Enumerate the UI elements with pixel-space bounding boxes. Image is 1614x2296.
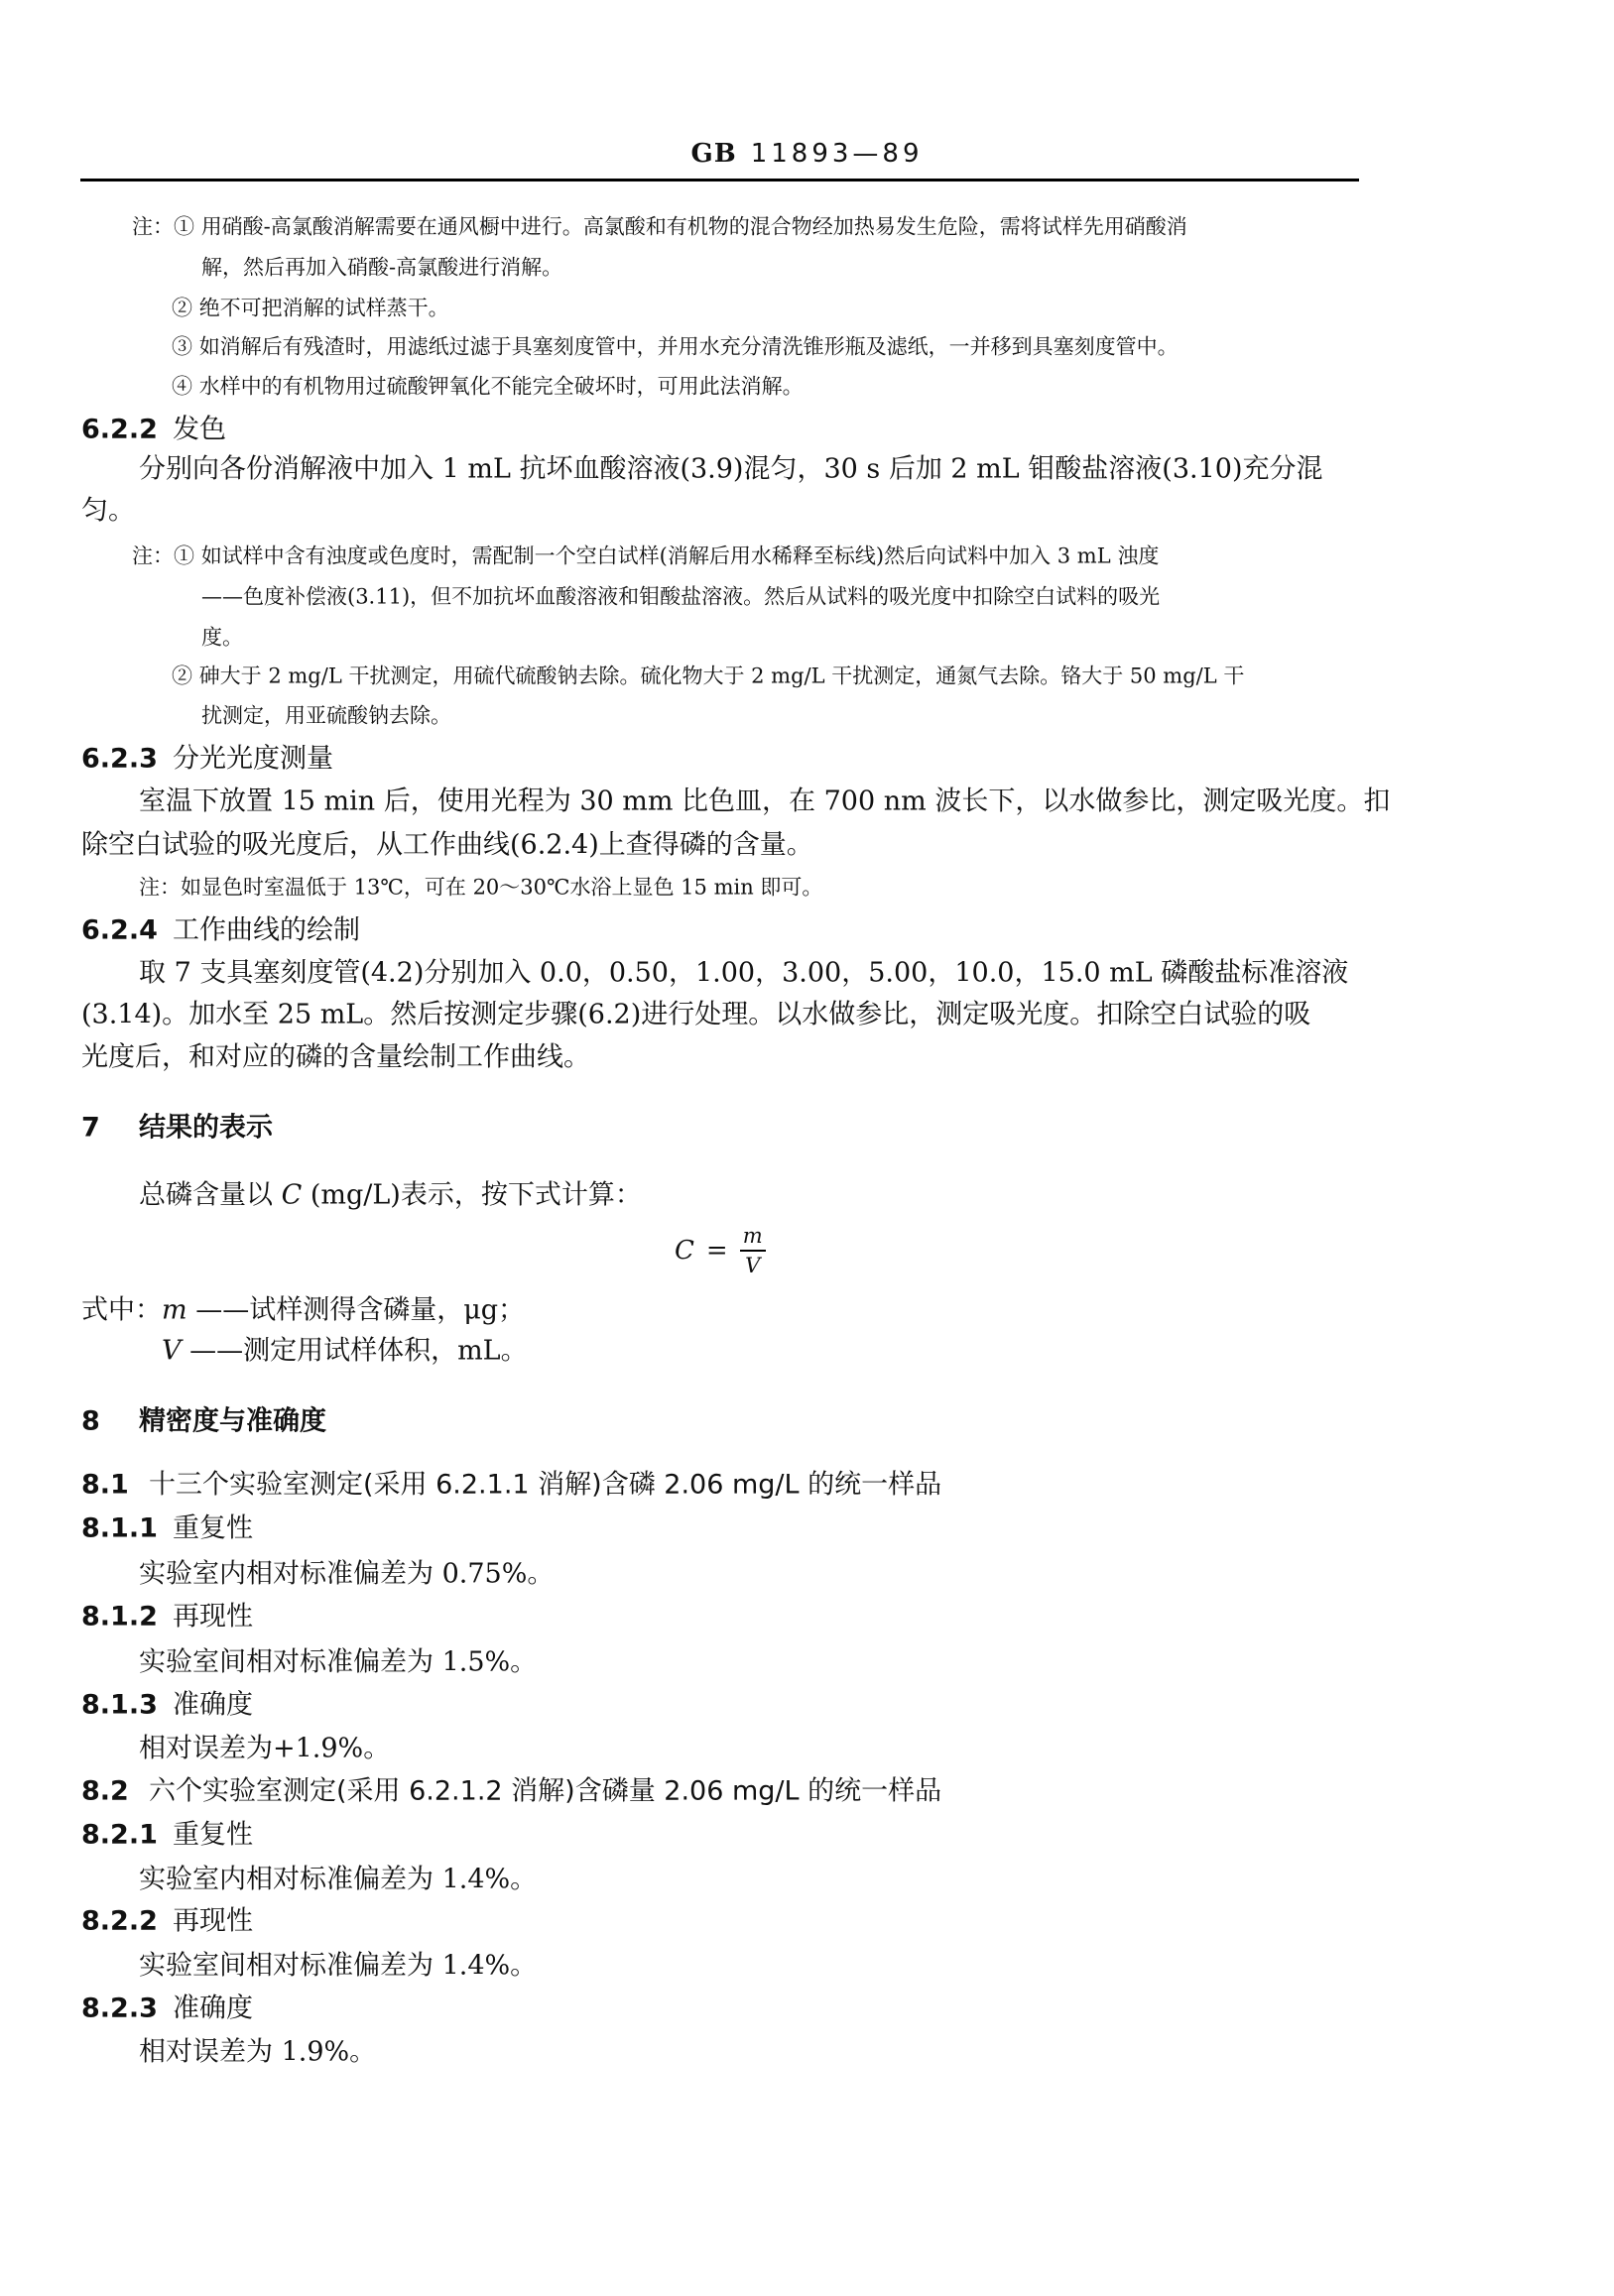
fraction-bar (740, 1250, 766, 1252)
note-text: 水样中的有机物用过硫酸钾氧化不能完全破坏时，可用此法消解。 (199, 375, 804, 399)
paragraph-8-2-1: 实验室内相对标准偏差为 1.4%。 (139, 1867, 537, 1893)
paragraph-6-2-3-line-1: 室温下放置 15 min 后，使用光程为 30 mm 比色皿，在 700 nm … (139, 788, 1390, 815)
section-heading-6-2-4: 6.2.4工作曲线的绘制 (81, 917, 360, 944)
note-text: 用硝酸-高氯酸消解需要在通风橱中进行。高氯酸和有机物的混合物经加热易发生危险，需… (201, 215, 1187, 239)
note-mark: ② (172, 297, 192, 320)
note-622-1: 注：① 如试样中含有浊度或色度时，需配制一个空白试样(消解后用水稀释至标线)然后… (132, 546, 1159, 567)
section-title: 分光光度测量 (173, 744, 333, 775)
page-header: GB11893—89 (0, 139, 1614, 169)
note-622-1-cont2: 度。 (201, 628, 243, 649)
definition-v: V ——测定用试样体积，mL。 (162, 1338, 528, 1365)
note-mark: ① (174, 544, 194, 568)
section-number: 8.2 (81, 1778, 149, 1805)
note-label: 注： (132, 215, 174, 239)
note-mark: ③ (172, 335, 192, 359)
paragraph-6-2-4-line-1: 取 7 支具塞刻度管(4.2)分别加入 0.0，0.50，1.00，3.00，5… (139, 960, 1348, 987)
section-heading-8-1: 8.1十三个实验室测定(采用 6.2.1.1 消解)含磷 2.06 mg/L 的… (81, 1472, 941, 1499)
note-text: 如消解后有残渣时，用滤纸过滤于具塞刻度管中，并用水充分清洗锥形瓶及滤纸，一并移到… (199, 335, 1179, 359)
section-title: 准确度 (173, 1994, 253, 2024)
note-621-1: 注：① 用硝酸-高氯酸消解需要在通风橱中进行。高氯酸和有机物的混合物经加热易发生… (132, 217, 1350, 238)
section-title: 十三个实验室测定(采用 6.2.1.1 消解)含磷 2.06 mg/L 的统一样… (149, 1470, 941, 1501)
formula-denominator: V (745, 1254, 760, 1277)
formula-lhs: C (675, 1236, 694, 1266)
note-label: 注： (132, 544, 174, 568)
section-title: 再现性 (173, 1906, 253, 1937)
section-heading-6-2-2: 6.2.2发色 (81, 417, 226, 443)
header-rule (80, 179, 1359, 181)
section-title: 工作曲线的绘制 (173, 915, 360, 946)
note-621-3: ③ 如消解后有残渣时，用滤纸过滤于具塞刻度管中，并用水充分清洗锥形瓶及滤纸，一并… (172, 337, 1179, 358)
note-text: 砷大于 2 mg/L 干扰测定，用硫代硫酸钠去除。硫化物大于 2 mg/L 干扰… (199, 665, 1245, 688)
note-621-2: ② 绝不可把消解的试样蒸干。 (172, 299, 449, 319)
note-text: 绝不可把消解的试样蒸干。 (199, 297, 449, 320)
formula-numerator: m (743, 1224, 763, 1248)
section-heading-8: 8精密度与准确度 (81, 1408, 326, 1435)
section-title: 准确度 (173, 1690, 253, 1721)
intro-text: 总磷含量以 (139, 1180, 282, 1211)
section-number: 6.2.2 (81, 417, 173, 443)
intro-text-cont: (mg/L)表示，按下式计算： (302, 1180, 642, 1211)
section-title: 再现性 (173, 1602, 253, 1632)
formula-equals: = (706, 1236, 728, 1266)
section-title: 重复性 (173, 1513, 253, 1544)
standard-prefix: GB (691, 139, 737, 169)
section-heading-8-2-3: 8.2.3准确度 (81, 1995, 253, 2022)
section-heading-7: 7结果的表示 (81, 1115, 273, 1142)
note-text: 如试样中含有浊度或色度时，需配制一个空白试样(消解后用水稀释至标线)然后向试料中… (201, 544, 1160, 568)
note-mark: ② (172, 665, 192, 688)
paragraph-8-2-3: 相对误差为 1.9%。 (139, 2039, 376, 2066)
note-mark: ① (174, 215, 194, 239)
note-622-1-cont: ——色度补偿液(3.11)，但不加抗坏血酸溶液和钼酸盐溶液。然后从试料的吸光度中… (201, 587, 1160, 608)
section-number: 8.1.2 (81, 1604, 173, 1631)
section-title: 精密度与准确度 (139, 1406, 326, 1437)
note-621-1-cont: 解，然后再加入硝酸-高氯酸进行消解。 (201, 258, 562, 279)
section-title: 重复性 (173, 1820, 253, 1851)
section-number: 8.1 (81, 1472, 149, 1499)
note-622-2-cont: 扰测定，用亚硫酸钠去除。 (201, 706, 451, 727)
note-623: 注：如显色时室温低于 13℃，可在 20～30℃水浴上显色 15 min 即可。 (139, 878, 822, 899)
standard-code: 11893—89 (751, 139, 924, 169)
section-heading-8-1-3: 8.1.3准确度 (81, 1692, 253, 1719)
section-title: 发色 (173, 415, 226, 445)
section-heading-8-2-2: 8.2.2再现性 (81, 1908, 253, 1935)
section-number: 7 (81, 1115, 139, 1142)
section-number: 8.1.1 (81, 1515, 173, 1542)
variable-c: C (282, 1180, 303, 1211)
section-heading-6-2-3: 6.2.3分光光度测量 (81, 746, 333, 773)
paragraph-7-intro: 总磷含量以 C (mg/L)表示，按下式计算： (139, 1182, 642, 1209)
section-title: 结果的表示 (139, 1113, 273, 1144)
section-number: 8.2.3 (81, 1995, 173, 2022)
paragraph-6-2-4-line-2: (3.14)。加水至 25 mL。然后按测定步骤(6.2)进行处理。以水做参比，… (81, 1002, 1310, 1028)
definition-text: ——试样测得含磷量，μg； (187, 1295, 525, 1326)
section-number: 8 (81, 1408, 139, 1435)
paragraph-6-2-4-line-3: 光度后，和对应的磷的含量绘制工作曲线。 (81, 1044, 590, 1071)
section-number: 8.2.2 (81, 1908, 173, 1935)
note-621-4: ④ 水样中的有机物用过硫酸钾氧化不能完全破坏时，可用此法消解。 (172, 377, 804, 398)
note-mark: ④ (172, 375, 192, 399)
definition-m: 式中：m ——试样测得含磷量，μg； (81, 1297, 525, 1324)
section-heading-8-2: 8.2六个实验室测定(采用 6.2.1.2 消解)含磷量 2.06 mg/L 的… (81, 1778, 941, 1805)
section-number: 8.2.1 (81, 1822, 173, 1849)
paragraph-6-2-3-line-2: 除空白试验的吸光度后，从工作曲线(6.2.4)上查得磷的含量。 (81, 832, 813, 859)
symbol-m: m (162, 1295, 187, 1326)
section-title: 六个实验室测定(采用 6.2.1.2 消解)含磷量 2.06 mg/L 的统一样… (149, 1776, 941, 1807)
symbol-v: V (162, 1336, 182, 1367)
definition-text: ——测定用试样体积，mL。 (182, 1336, 528, 1367)
section-heading-8-1-1: 8.1.1重复性 (81, 1515, 253, 1542)
note-622-2: ② 砷大于 2 mg/L 干扰测定，用硫代硫酸钠去除。硫化物大于 2 mg/L … (172, 666, 1244, 687)
where-label: 式中： (81, 1295, 162, 1326)
section-heading-8-1-2: 8.1.2再现性 (81, 1604, 253, 1631)
section-number: 6.2.4 (81, 917, 173, 944)
section-number: 8.1.3 (81, 1692, 173, 1719)
paragraph-8-1-1: 实验室内相对标准偏差为 0.75%。 (139, 1561, 554, 1588)
paragraph-6-2-2-line-2: 匀。 (81, 498, 135, 525)
formula-c-equals-m-over-v: C = m V (675, 1226, 766, 1275)
section-heading-8-2-1: 8.2.1重复性 (81, 1822, 253, 1849)
paragraph-8-1-3: 相对误差为+1.9%。 (139, 1736, 390, 1762)
formula-fraction: m V (740, 1224, 766, 1277)
paragraph-6-2-2-line-1: 分别向各份消解液中加入 1 mL 抗坏血酸溶液(3.9)混匀，30 s 后加 2… (139, 456, 1322, 483)
section-number: 6.2.3 (81, 746, 173, 773)
paragraph-8-2-2: 实验室间相对标准偏差为 1.4%。 (139, 1953, 537, 1980)
paragraph-8-1-2: 实验室间相对标准偏差为 1.5%。 (139, 1649, 537, 1676)
